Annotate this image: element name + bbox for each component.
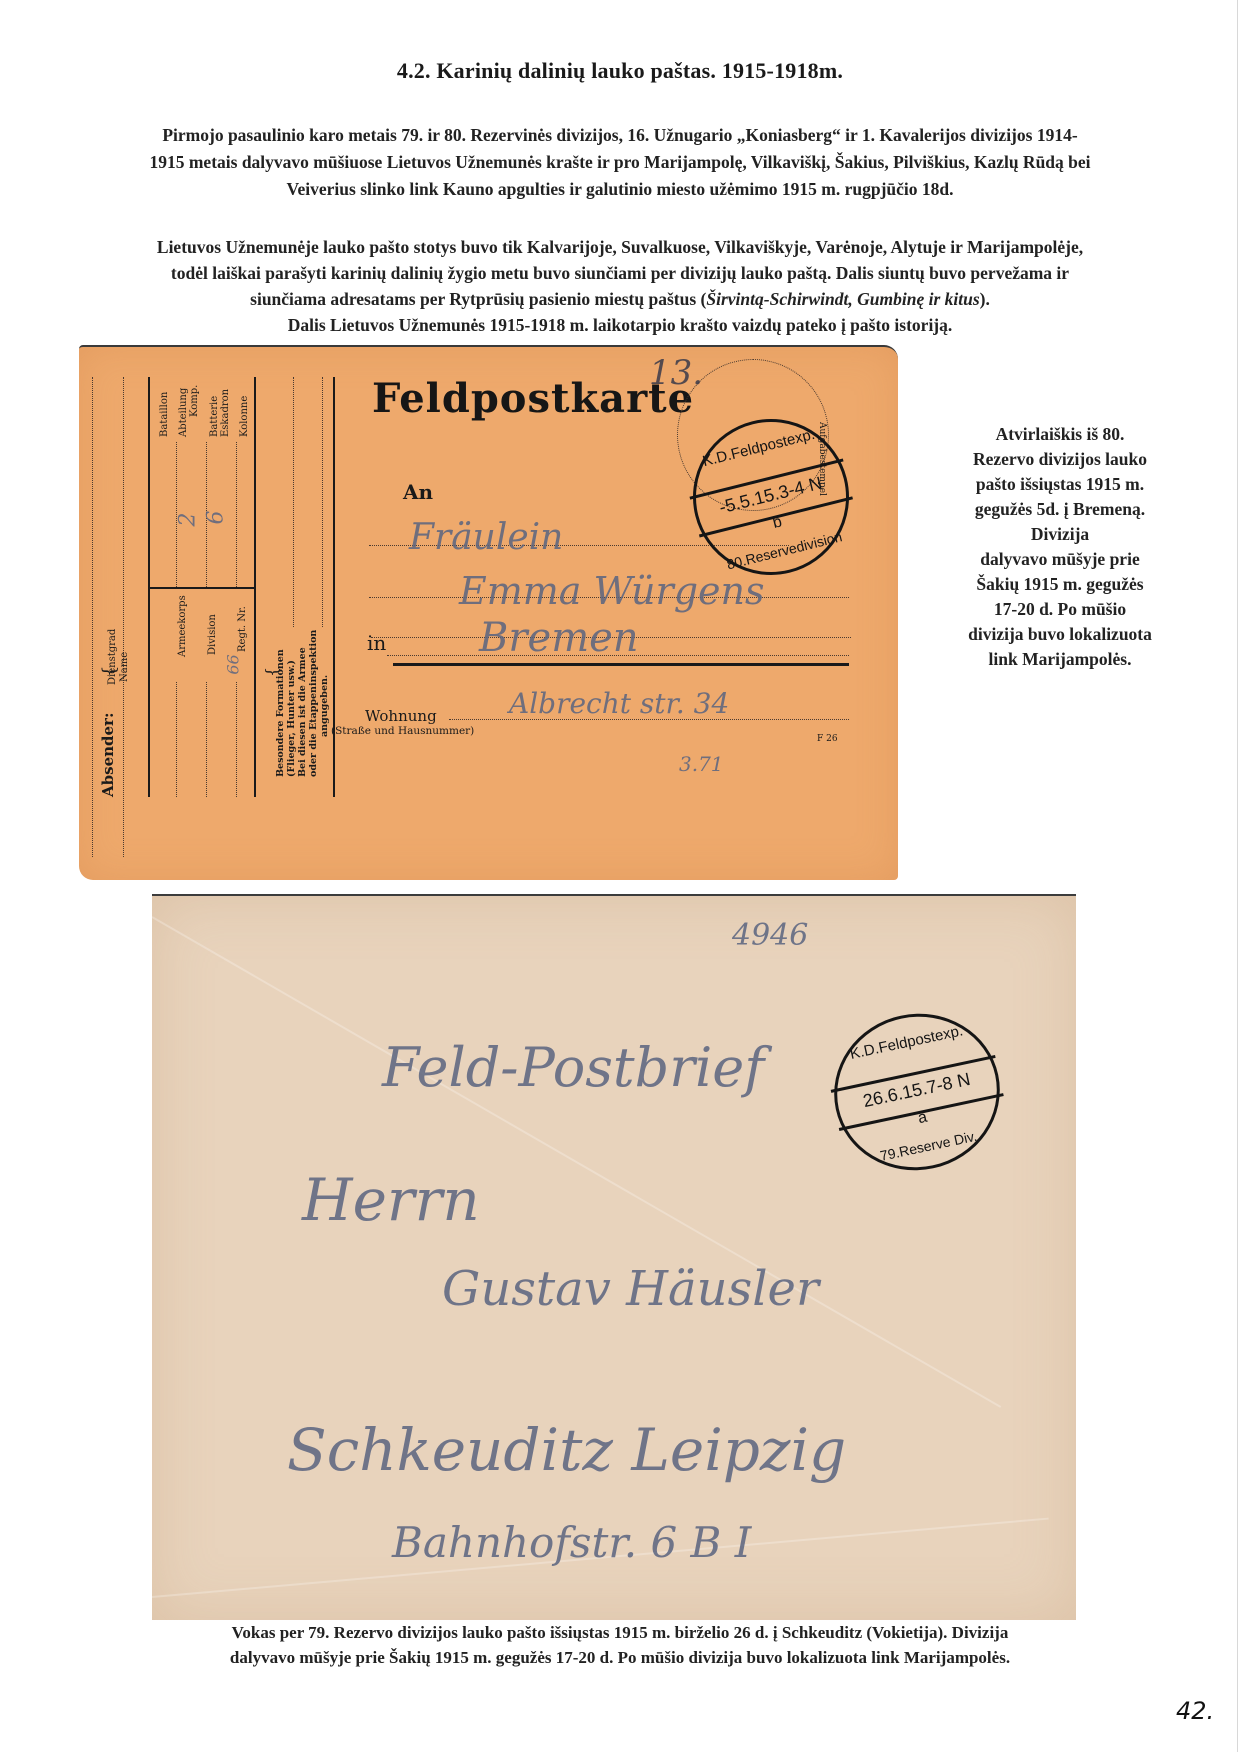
dotted-line [92,377,93,857]
paragraph-text: siunčiama adresatams per Rytprūsių pasie… [250,289,706,309]
armeekorps-label: Armeekorps [177,595,188,657]
bataillon-label: Bataillon [159,392,170,437]
formations-line: (Flieger, Hunter usw.) [286,630,297,777]
address-an-label: An [403,480,433,504]
address-in-label: in [367,631,386,655]
caption-line: gegužės 5d. į Bremeną. [940,497,1180,522]
dotted-line [322,377,323,627]
paragraph-text: ). [980,289,990,309]
address-rule [393,663,849,666]
strasse-label: (Straße und Hausnummer) [331,725,474,737]
formations-note: Besondere Formationen (Flieger, Hunter u… [275,630,330,777]
page-title: 4.2. Karinių dalinių lauko paštas. 1915-… [0,58,1240,84]
handwritten-herrn: Herrn [302,1166,480,1234]
handwritten-city: Schkeuditz Leipzig [287,1416,846,1484]
formations-line: Bei diesen ist die Armee [297,630,308,777]
dotted-line [293,377,294,627]
postmark: K.D.Feldpostexp. 26.6.15.7-8 N a 79.Rese… [820,998,1015,1185]
batterie-label: Batterie [209,396,220,437]
regt-label: Regt. Nr. [237,606,248,652]
paragraph-line: siunčiama adresatams per Rytprūsių pasie… [60,286,1180,312]
caption-line: divizija buvo lokalizuota [940,622,1180,647]
handwritten-komp-value: 6 [204,511,229,525]
paragraph-line: Dalis Lietuvos Užnemunės 1915-1918 m. la… [60,312,1180,338]
sender-label: Absender: [99,713,117,798]
caption-line: link Marijampolės. [940,647,1180,672]
handwritten-feldpostbrief: Feld-Postbrief [382,1036,764,1099]
form-code: F 26 [817,734,838,744]
postal-stations-paragraph: Lietuvos Užnemunėje lauko pašto stotys b… [60,234,1180,338]
handwritten-number: 13. [649,353,703,393]
intro-line: Veiverius slinko link Kauno apgulties ir… [60,176,1180,203]
handwritten-top-number: 4946 [732,918,808,953]
formations-line: Besondere Formationen [275,630,286,777]
handwritten-street: Bahnhofstr. 6 B I [392,1518,751,1567]
caption-line: Šakių 1915 m. gegužės [940,572,1180,597]
scan-edge [1237,0,1238,1752]
paragraph-line: todėl laiškai parašyti karinių dalinių ž… [60,260,1180,286]
kolonne-label: Kolonne [239,396,250,437]
dotted-line [206,682,207,797]
dotted-line [236,442,237,587]
eskadron-label: Eskadron [220,389,231,437]
dotted-line [236,682,237,797]
handwritten-city: Bremen [479,615,639,661]
formations-line: oder die Etappeninspektion [308,630,319,777]
handwritten-recipient-name: Emma Würgens [459,569,764,613]
formations-line: angugeben. [319,630,330,777]
caption-line: dalyvavo mūšyje prie Šakių 1915 m. geguž… [120,1645,1120,1670]
envelope-caption: Vokas per 79. Rezervo divizijos lauko pa… [120,1620,1120,1670]
paragraph-line: Lietuvos Užnemunėje lauko pašto stotys b… [60,234,1180,260]
dotted-line [176,682,177,797]
caption-line: Divizija [940,522,1180,547]
dienstgrad-label: Dienstgrad [107,629,118,685]
handwritten-regt-value: 66 [224,654,243,674]
form-divider [254,377,256,797]
handwritten-komp-value: 2 [176,513,201,527]
handwritten-recipient: Gustav Häusler [442,1261,819,1317]
caption-line: pašto išsiųstas 1915 m. [940,472,1180,497]
dotted-line [123,377,124,857]
intro-line: Pirmojo pasaulinio karo metais 79. ir 80… [60,122,1180,149]
postmark-top-text: K.D.Feldpostexp. [826,1018,986,1068]
form-divider [149,587,254,589]
paragraph-italic-text: Širvintą-Schirwindt, Gumbinę ir kitus [706,289,979,309]
caption-line: Atvirlaiškis iš 80. [940,422,1180,447]
intro-paragraph: Pirmojo pasaulinio karo metais 79. ir 80… [60,122,1180,203]
feldpostkarte-postcard: Absender: { Dienstgrad Name Armeekorps D… [79,345,898,880]
abteilung-label: Abteilung [178,388,189,437]
caption-line: 17-20 d. Po mūšio [940,597,1180,622]
intro-line: 1915 metais dalyvavo mūšiuose Lietuvos U… [60,149,1180,176]
wohnung-label: Wohnung [365,707,437,725]
caption-line: Vokas per 79. Rezervo divizijos lauko pa… [120,1620,1120,1645]
caption-line: dalyvavo mūšyje prie [940,547,1180,572]
postcard-caption: Atvirlaiškis iš 80. Rezervo divizijos la… [940,422,1180,672]
handwritten-street: Albrecht str. 34 [509,687,729,720]
caption-line: Rezervo divizijos lauko [940,447,1180,472]
handwritten-note: 3.71 [679,752,724,776]
field-post-envelope: 4946 Feld-Postbrief Herrn Gustav Häusler… [152,894,1076,1620]
postcard-heading: Feldpostkarte [372,375,694,422]
handwritten-recipient-title: Fräulein [409,517,563,558]
komp-label: Komp. [189,385,200,417]
name-label: Name [119,652,130,682]
division-label: Division [207,614,218,655]
page-number: 42. [1176,1697,1214,1725]
